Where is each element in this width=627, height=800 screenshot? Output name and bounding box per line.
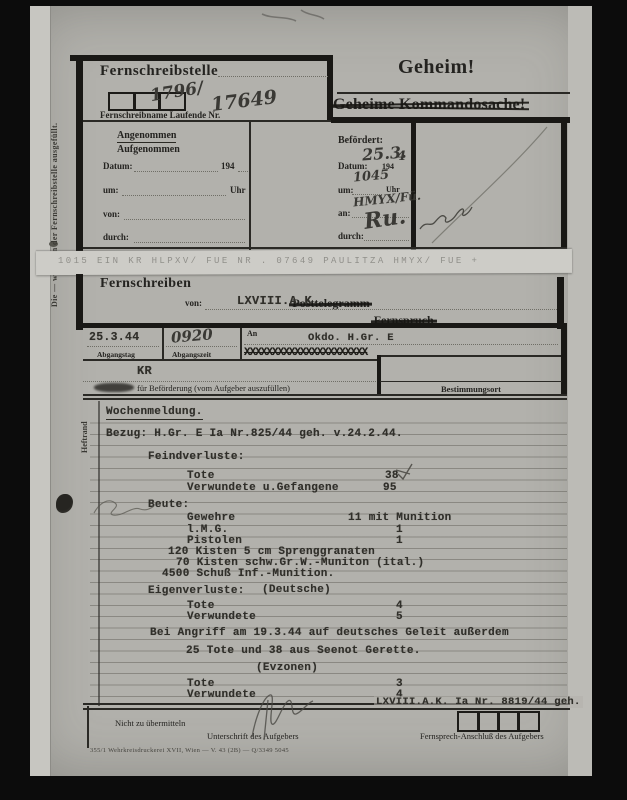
scan-border-right [592, 0, 627, 800]
scan-border-top [0, 0, 627, 6]
pencil-marks-top [262, 10, 324, 21]
scan-border-bottom [0, 776, 627, 800]
scan-border-left [0, 0, 30, 800]
pencil-annotations [0, 0, 627, 800]
handwritten-scribble [420, 207, 472, 229]
scanned-telegram-document: Die — wird von der Fernschreibstelle aus… [0, 0, 627, 800]
check-mark-icon [396, 464, 412, 479]
pencil-stroke [432, 127, 547, 243]
signature-aufgeber [252, 695, 313, 740]
pencil-scribble [94, 501, 154, 515]
